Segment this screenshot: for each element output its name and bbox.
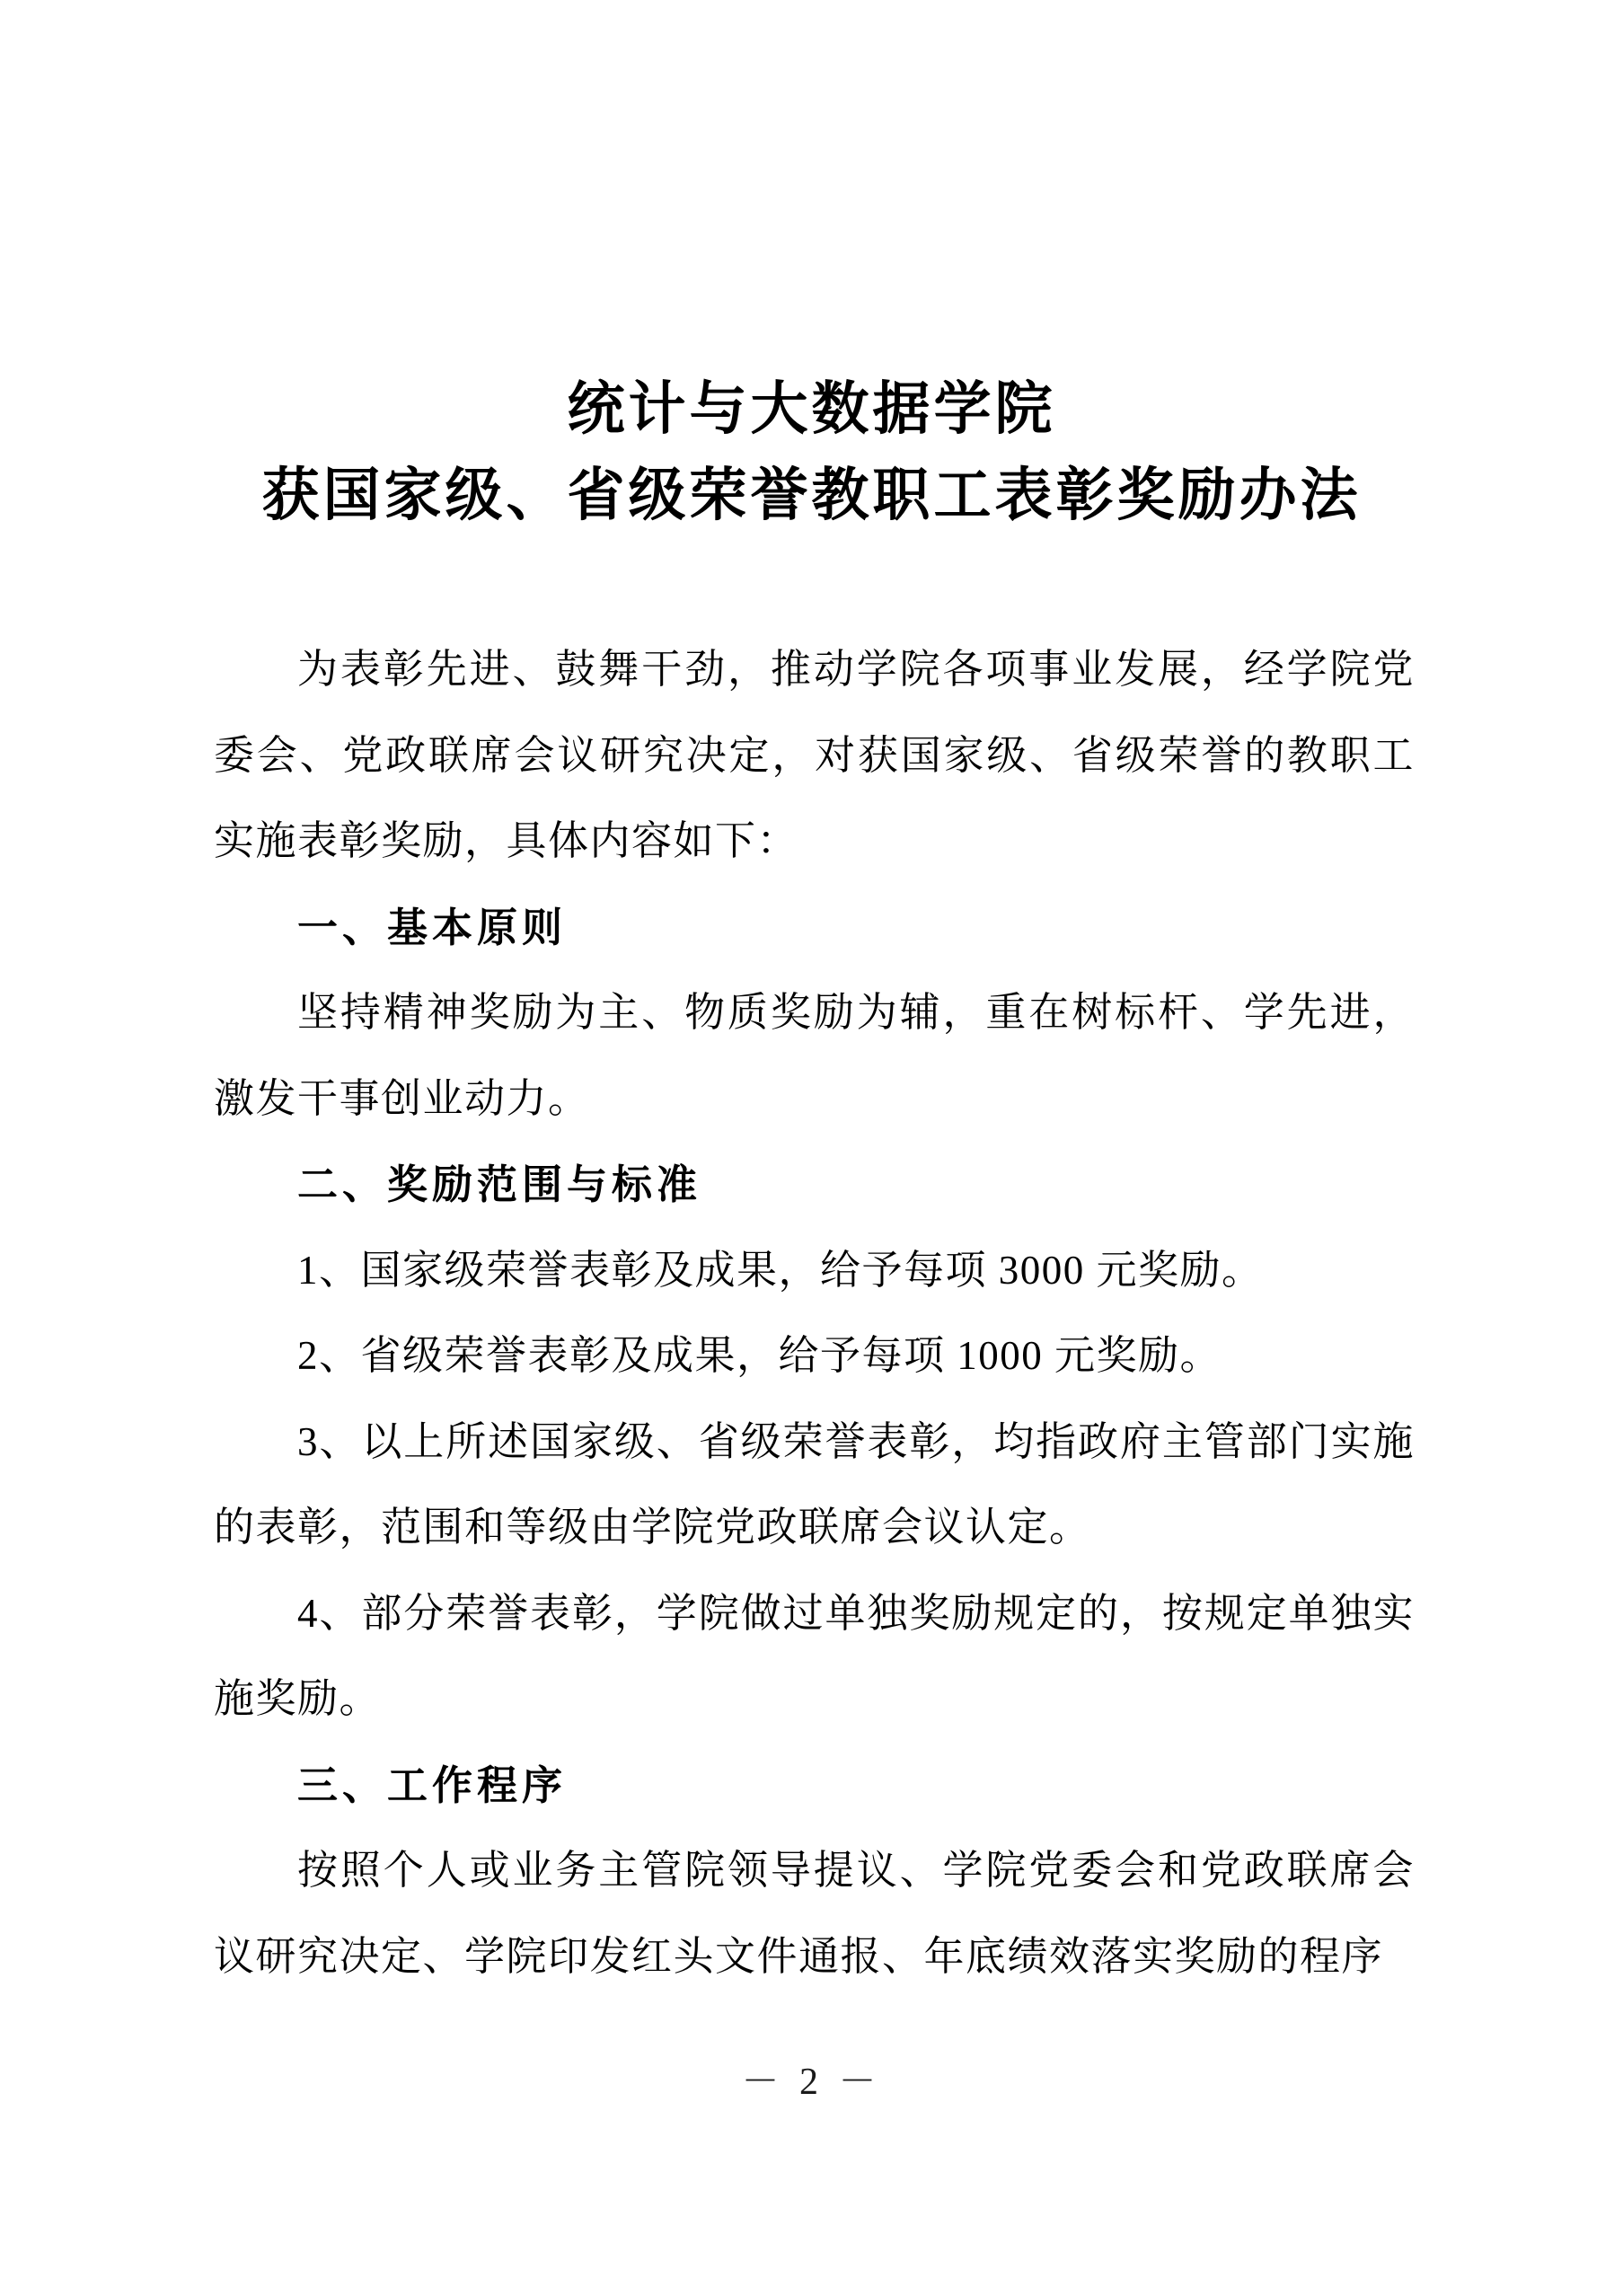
paragraph-reward-item-4: 4、部分荣誉表彰，学院做过单独奖励规定的，按规定单独实施奖励。 [214,1571,1415,1743]
paragraph-reward-item-2: 2、省级荣誉表彰及成果，给予每项 1000 元奖励。 [214,1313,1415,1400]
document-title-line1: 统计与大数据学院 [0,366,1623,453]
section-heading-reward-scope: 二、奖励范围与标准 [214,1142,1415,1228]
section-heading-work-procedure: 三、工作程序 [214,1743,1415,1829]
paragraph-reward-item-1: 1、国家级荣誉表彰及成果，给予每项 3000 元奖励。 [214,1228,1415,1314]
document-title-line2: 获国家级、省级荣誉教职工表彰奖励办法 [0,453,1623,539]
section-heading-basic-principles: 一、基本原则 [214,885,1415,971]
document-body: 为表彰先进、鼓舞干劲，推动学院各项事业发展，经学院党委会、党政联席会议研究决定，… [214,627,1415,2000]
document-title: 统计与大数据学院 获国家级、省级荣誉教职工表彰奖励办法 [0,366,1623,539]
paragraph-intro: 为表彰先进、鼓舞干劲，推动学院各项事业发展，经学院党委会、党政联席会议研究决定，… [214,627,1415,885]
paragraph-reward-item-3: 3、以上所述国家级、省级荣誉表彰，均指政府主管部门实施的表彰，范围和等级由学院党… [214,1400,1415,1571]
paragraph-basic-principles: 坚持精神奖励为主、物质奖励为辅，重在树标杆、学先进，激发干事创业动力。 [214,970,1415,1142]
paragraph-work-procedure: 按照个人或业务主管院领导提议、学院党委会和党政联席会议研究决定、学院印发红头文件… [214,1828,1415,2000]
document-page: 统计与大数据学院 获国家级、省级荣誉教职工表彰奖励办法 为表彰先进、鼓舞干劲，推… [0,0,1623,2296]
page-number: － 2 － [0,2055,1623,2109]
